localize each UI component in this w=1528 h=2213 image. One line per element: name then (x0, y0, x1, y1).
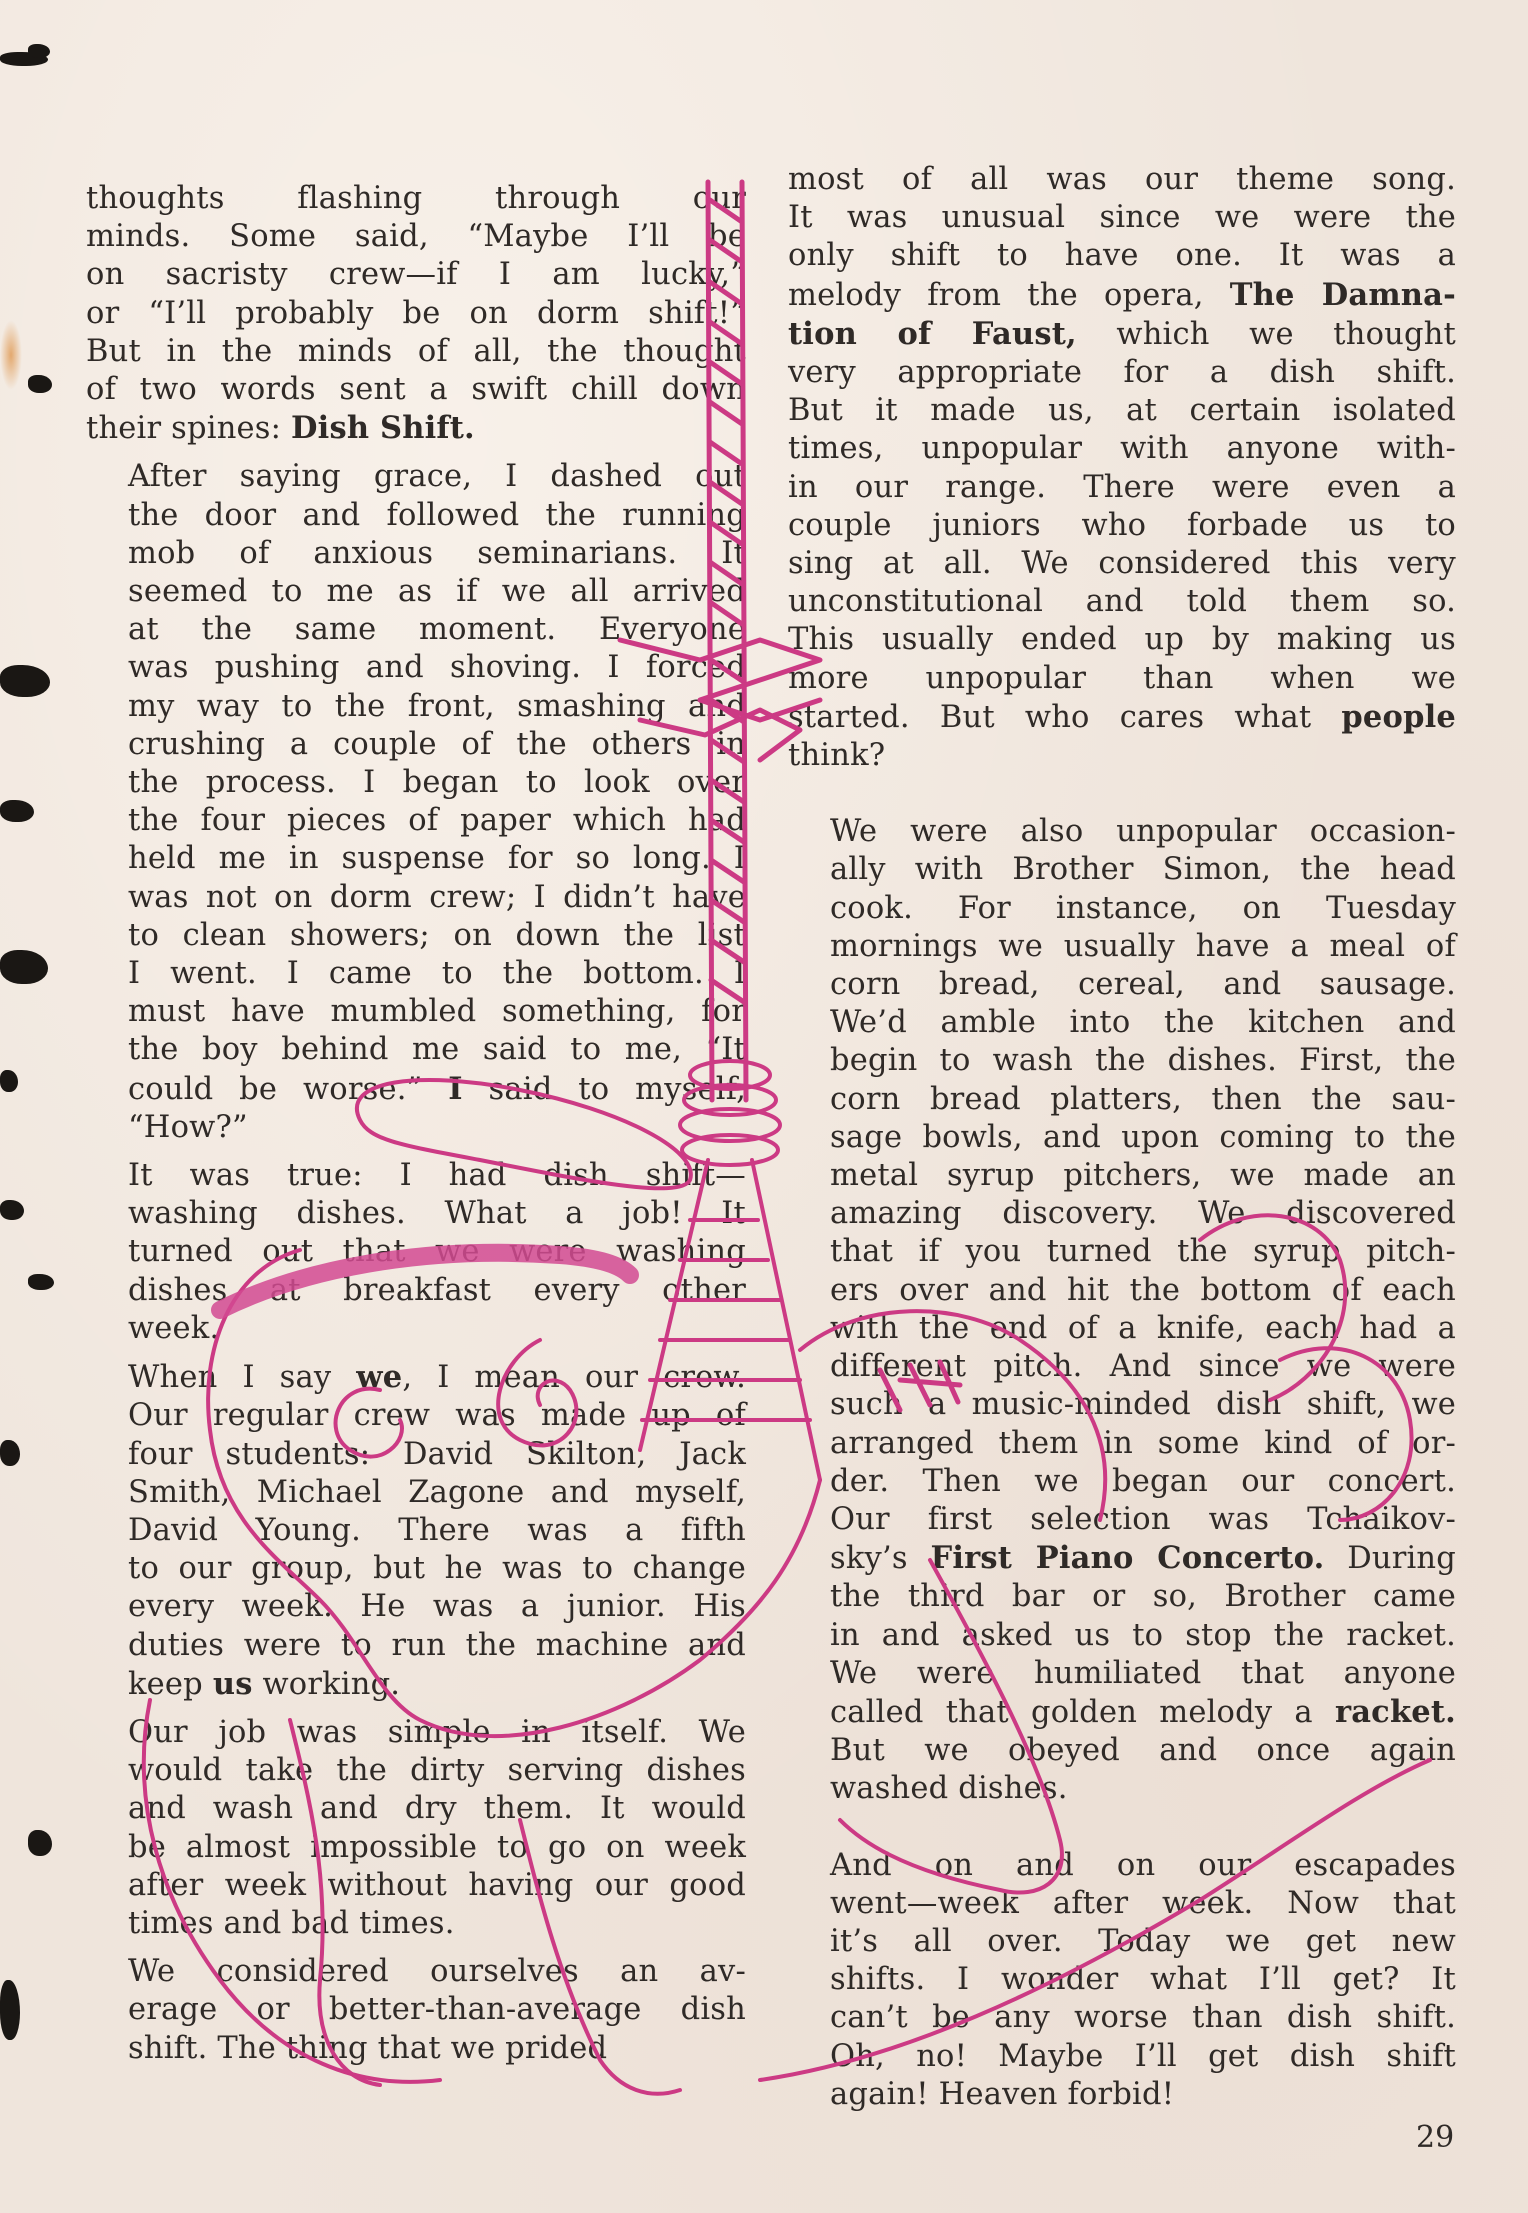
text-line: four students: David Skilton, Jack (86, 1436, 746, 1474)
text-line: It was unusual since we were the (788, 199, 1456, 237)
text-line: And on and on our escapades (788, 1847, 1456, 1885)
text-line: Our first selection was Tchaikov- (788, 1501, 1456, 1539)
text-line: started. But who cares what people (788, 698, 1456, 737)
text-line: erage or better-than-average dish (86, 1991, 746, 2029)
text-line: the process. I began to look over (86, 764, 746, 802)
text-line: minds. Some said, “Maybe I’ll be (86, 218, 746, 256)
binding-hole (0, 1200, 24, 1220)
text-line: the boy behind me said to me, “It (86, 1031, 746, 1069)
text-line: After saying grace, I dashed out (86, 458, 746, 496)
paragraph: We were also unpopular occasion-ally wit… (788, 813, 1456, 1808)
text-line: was pushing and shoving. I forced (86, 649, 746, 687)
bold-text: people (1341, 699, 1456, 735)
text-line: went—week after week. Now that (788, 1885, 1456, 1923)
bold-text: First Piano Concerto. (931, 1540, 1325, 1576)
text-line: unconstitutional and told them so. (788, 583, 1456, 621)
binding-hole (0, 1440, 20, 1466)
text-line: Oh, no! Maybe I’ll get dish shift (788, 2038, 1456, 2076)
text-line: We were humiliated that anyone (788, 1655, 1456, 1693)
bold-text: racket. (1335, 1694, 1456, 1730)
bold-text: tion of Faust, (788, 316, 1077, 352)
text-line: again! Heaven forbid! (788, 2076, 1456, 2114)
text-line: ally with Brother Simon, the head (788, 851, 1456, 889)
text-line: times, unpopular with anyone with- (788, 430, 1456, 468)
paragraph: And on and on our escapadeswent—week aft… (788, 1847, 1456, 2114)
binding-hole (28, 44, 50, 58)
text-line: most of all was our theme song. (788, 161, 1456, 199)
binding-hole (28, 1830, 52, 1856)
text-line: or “I’ll probably be on dorm shift!” (86, 295, 746, 333)
binding-hole (0, 1070, 18, 1092)
text-line: Smith, Michael Zagone and myself, (86, 1474, 746, 1512)
text-line: shift. The thing that we prided (86, 2030, 746, 2068)
text-line: and wash and dry them. It would (86, 1790, 746, 1828)
text-line: my way to the front, smashing and (86, 688, 746, 726)
text-line: the door and followed the running (86, 497, 746, 535)
text-line: sky’s First Piano Concerto. During (788, 1539, 1456, 1578)
text-line: melody from the opera, The Damna- (788, 276, 1456, 315)
text-line: their spines: Dish Shift. (86, 409, 746, 448)
binding-hole (0, 800, 34, 822)
text-line: But it made us, at certain isolated (788, 392, 1456, 430)
text-line: ers over and hit the bottom of each (788, 1272, 1456, 1310)
text-line: begin to wash the dishes. First, the (788, 1042, 1456, 1080)
text-line: called that golden melody a racket. (788, 1693, 1456, 1732)
text-line: This usually ended up by making us (788, 621, 1456, 659)
bold-text: we (356, 1359, 402, 1395)
text-line: mornings we usually have a meal of (788, 928, 1456, 966)
text-line: thoughts flashing through our (86, 180, 746, 218)
binding-hole (0, 1980, 20, 2040)
text-line: the third bar or so, Brother came (788, 1578, 1456, 1616)
text-line: every week. He was a junior. His (86, 1588, 746, 1626)
bold-text: I (448, 1071, 462, 1107)
paragraph: It was true: I had dish shift—washing di… (86, 1157, 746, 1348)
paragraph: When I say we, I mean our crew.Our regul… (86, 1358, 746, 1704)
text-line: different pitch. And since we were (788, 1348, 1456, 1386)
text-line: sage bowls, and upon coming to the (788, 1119, 1456, 1157)
text-line: But we obeyed and once again (788, 1732, 1456, 1770)
paragraph: Our job was simple in itself. Wewould ta… (86, 1714, 746, 1943)
text-line: sing at all. We considered this very (788, 545, 1456, 583)
text-line: to our group, but he was to change (86, 1550, 746, 1588)
text-line: after week without having our good (86, 1867, 746, 1905)
text-line: washed dishes. (788, 1770, 1456, 1808)
binding-hole (28, 1274, 54, 1290)
text-line: mob of anxious seminarians. It (86, 535, 746, 573)
text-line: more unpopular than when we (788, 660, 1456, 698)
text-line: it’s all over. Today we get new (788, 1923, 1456, 1961)
paragraph: We considered ourselves an av-erage or b… (86, 1953, 746, 2068)
text-line: keep us working. (86, 1665, 746, 1704)
text-line: be almost impossible to go on week (86, 1829, 746, 1867)
text-line: arranged them in some kind of or- (788, 1425, 1456, 1463)
bold-text: Dish Shift. (291, 410, 475, 446)
text-line: metal syrup pitchers, we made an (788, 1157, 1456, 1195)
text-line: But in the minds of all, the thought (86, 333, 746, 371)
paragraph: most of all was our theme song.It was un… (788, 161, 1456, 775)
text-line: Our job was simple in itself. We (86, 1714, 746, 1752)
text-line: We were also unpopular occasion- (788, 813, 1456, 851)
text-line: tion of Faust, which we thought (788, 315, 1456, 354)
text-line: Our regular crew was made up of (86, 1397, 746, 1435)
text-line: in and asked us to stop the racket. (788, 1617, 1456, 1655)
text-line: der. Then we began our concert. (788, 1463, 1456, 1501)
text-line: I went. I came to the bottom. I (86, 955, 746, 993)
text-line: couple juniors who forbade us to (788, 507, 1456, 545)
text-line: at the same moment. Everyone (86, 611, 746, 649)
text-line: that if you turned the syrup pitch- (788, 1233, 1456, 1271)
text-line: held me in suspense for so long. I (86, 840, 746, 878)
text-line: amazing discovery. We discovered (788, 1195, 1456, 1233)
text-line: duties were to run the machine and (86, 1627, 746, 1665)
bold-text: us (213, 1666, 253, 1702)
bold-text: The Damna- (1230, 277, 1456, 313)
text-line: think? (788, 737, 1456, 775)
text-line: shifts. I wonder what I’ll get? It (788, 1961, 1456, 1999)
binding-hole (0, 950, 48, 984)
text-line: seemed to me as if we all arrived (86, 573, 746, 611)
text-line: We considered ourselves an av- (86, 1953, 746, 1991)
text-line: could be worse.” I said to myself, (86, 1070, 746, 1109)
text-line: corn bread platters, then the sau- (788, 1081, 1456, 1119)
text-line: times and bad times. (86, 1905, 746, 1943)
text-line: David Young. There was a fifth (86, 1512, 746, 1550)
text-line: must have mumbled something, for (86, 993, 746, 1031)
text-line: with the end of a knife, each had a (788, 1310, 1456, 1348)
text-line: would take the dirty serving dishes (86, 1752, 746, 1790)
text-line: “How?” (86, 1109, 746, 1147)
text-line: week. (86, 1310, 746, 1348)
text-line: on sacristy crew—if I am lucky,” (86, 256, 746, 294)
paragraph: thoughts flashing through ourminds. Some… (86, 180, 746, 448)
paragraph: After saying grace, I dashed outthe door… (86, 458, 746, 1147)
text-line: was not on dorm crew; I didn’t have (86, 879, 746, 917)
binding-hole (0, 665, 50, 697)
text-line: We’d amble into the kitchen and (788, 1004, 1456, 1042)
text-line: in our range. There were even a (788, 469, 1456, 507)
binding-hole (28, 375, 52, 393)
left-column: thoughts flashing through ourminds. Some… (86, 180, 746, 2068)
text-line: the four pieces of paper which had (86, 802, 746, 840)
text-line: such a music-minded dish shift, we (788, 1386, 1456, 1424)
text-line: turned out that we were washing (86, 1233, 746, 1271)
text-line: corn bread, cereal, and sausage. (788, 966, 1456, 1004)
text-line: dishes at breakfast every other (86, 1272, 746, 1310)
text-line: can’t be any worse than dish shift. (788, 1999, 1456, 2037)
text-line: to clean showers; on down the list (86, 917, 746, 955)
text-line: washing dishes. What a job! It (86, 1195, 746, 1233)
text-line: crushing a couple of the others in (86, 726, 746, 764)
text-line: It was true: I had dish shift— (86, 1157, 746, 1195)
text-line: of two words sent a swift chill down (86, 371, 746, 409)
paper-stain (0, 320, 22, 390)
text-line: only shift to have one. It was a (788, 237, 1456, 275)
right-column: most of all was our theme song.It was un… (788, 161, 1456, 2114)
text-line: very appropriate for a dish shift. (788, 354, 1456, 392)
text-line: When I say we, I mean our crew. (86, 1358, 746, 1397)
page-number: 29 (1416, 2120, 1454, 2155)
text-line: cook. For instance, on Tuesday (788, 890, 1456, 928)
